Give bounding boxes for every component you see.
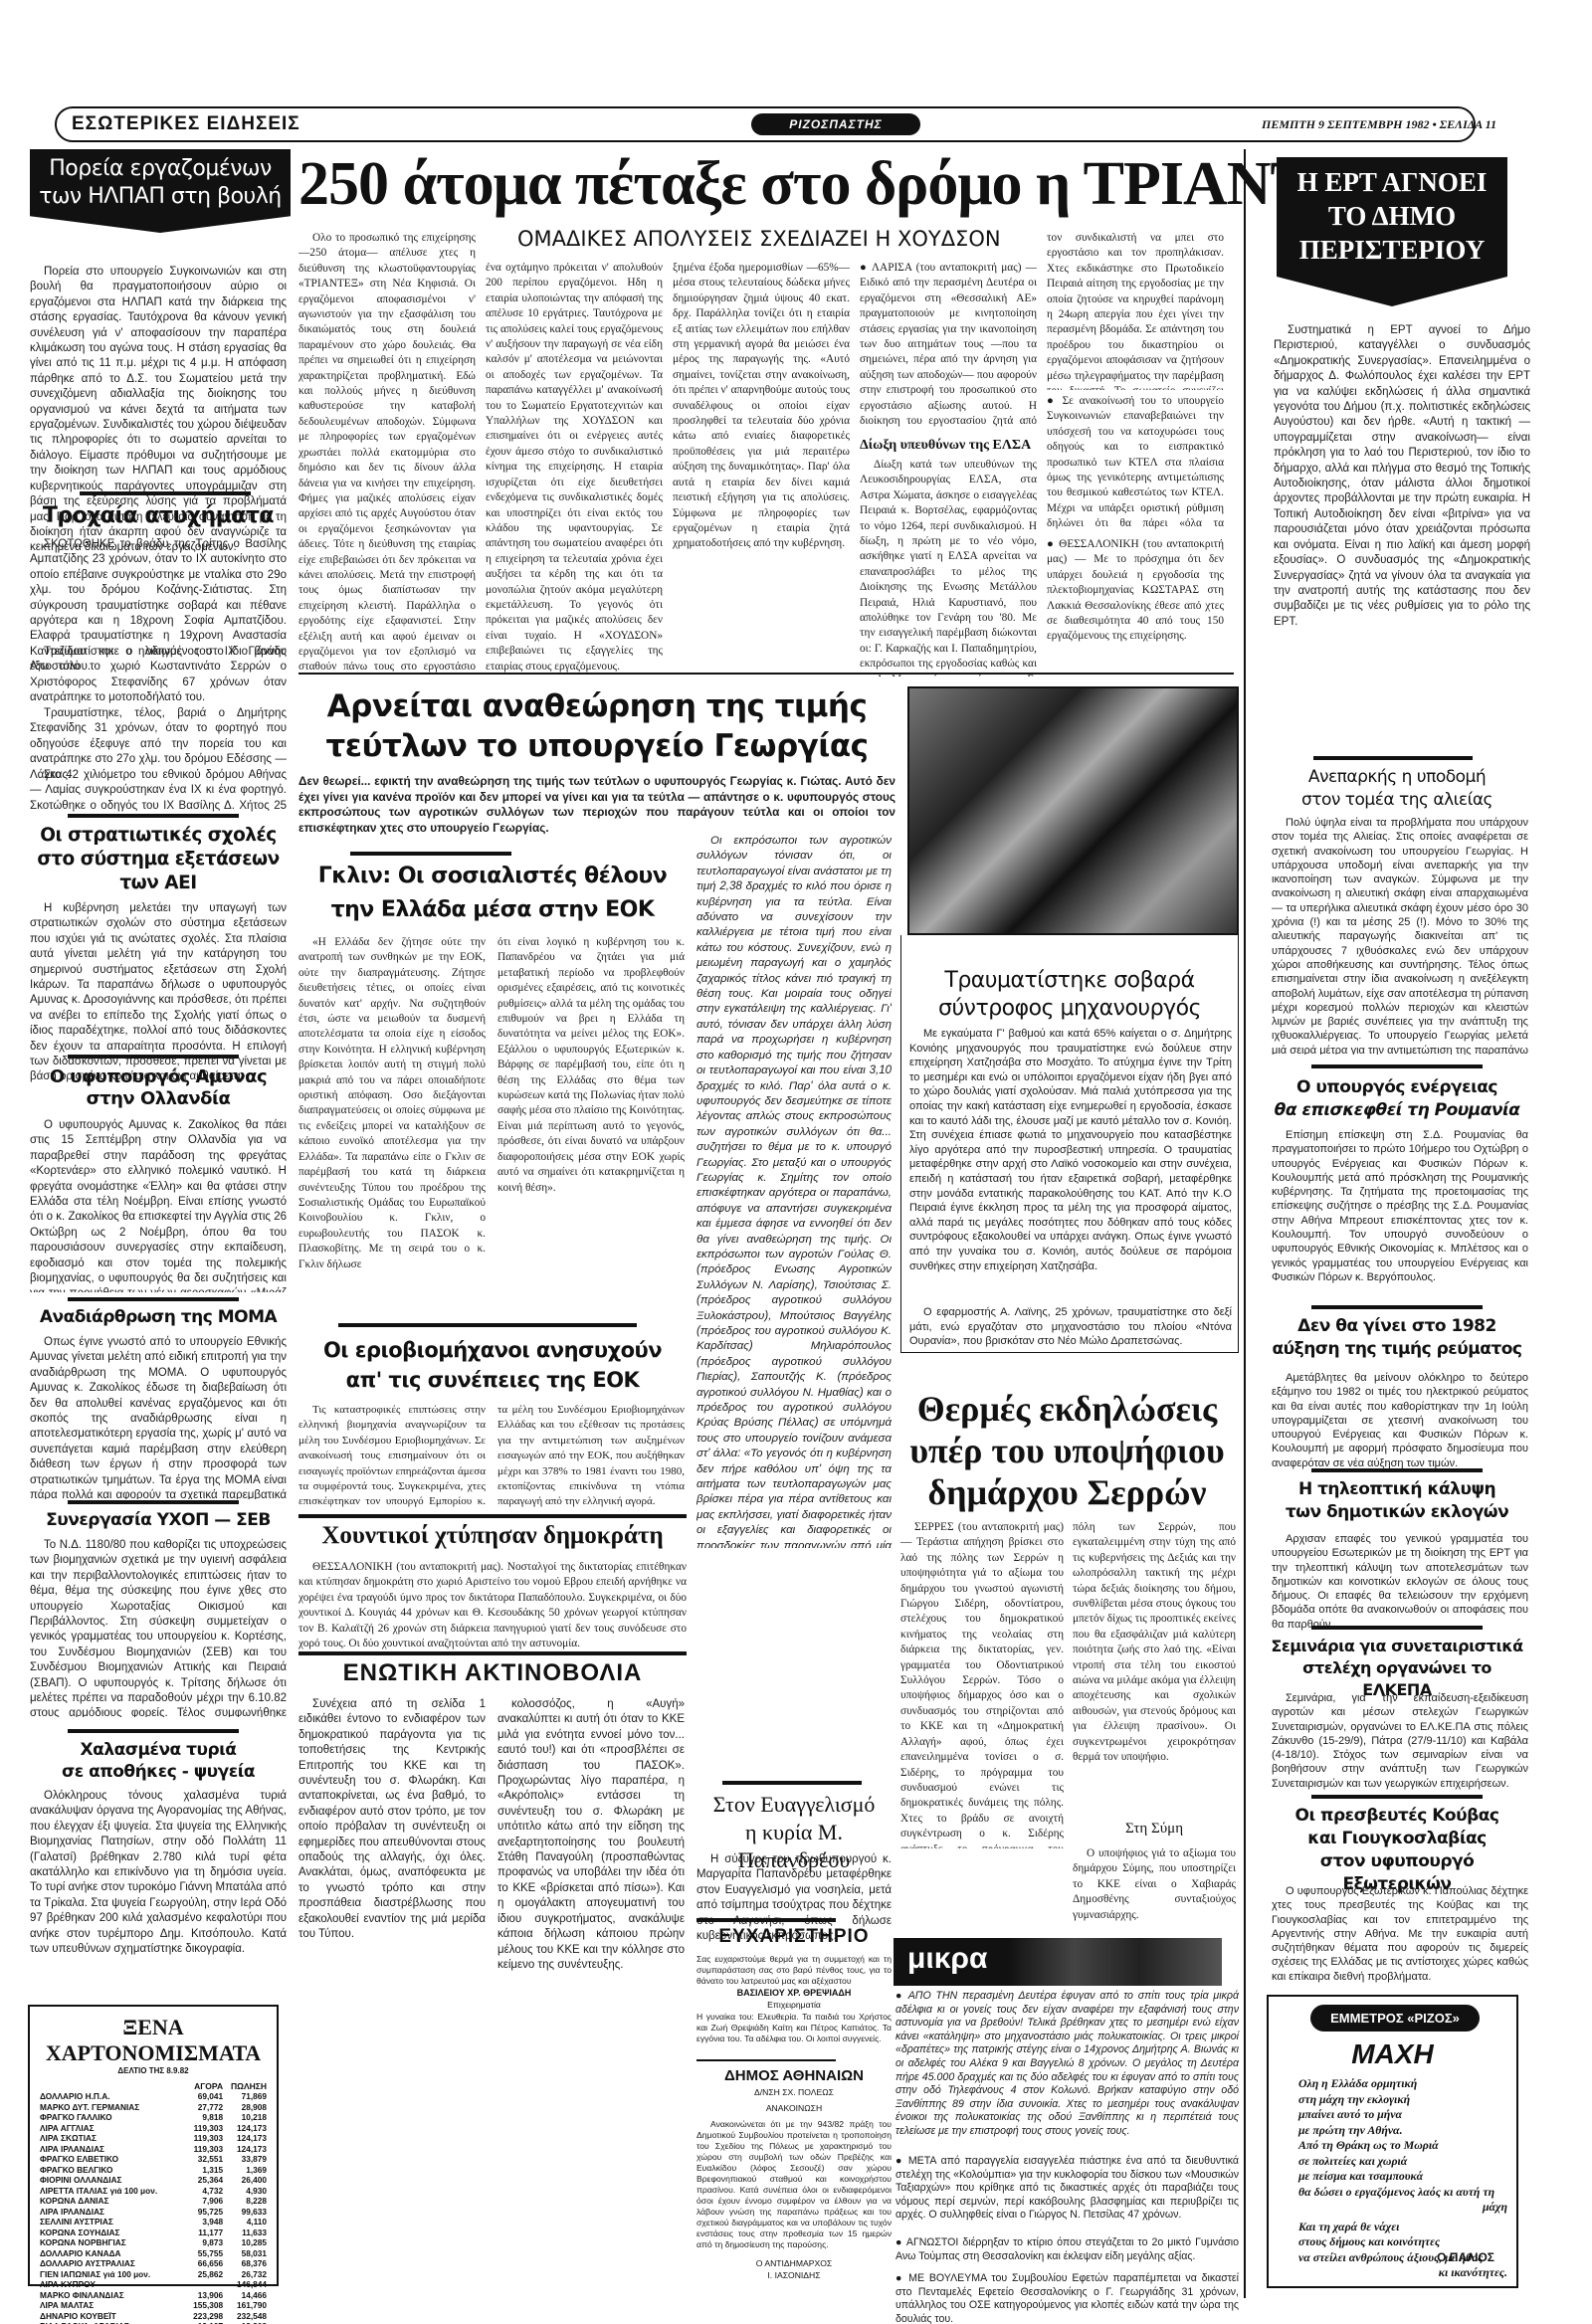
fisheries-headline: Ανεπαρκής η υποδομή στον τομέα της αλιεί… [1269, 766, 1525, 812]
yxop-seb-headline: Συνεργασία ΥΧΟΠ — ΣΕΒ [30, 1510, 287, 1530]
defense-holland-body: Ο υφυπουργός Αμυνας κ. Ζακολίκος θα πάει… [30, 1118, 287, 1292]
lead-col-1: Ολο το προσωπικό της επιχείρησης —250 άτ… [298, 231, 476, 677]
currency-row: ΜΑΡΚΟ ΔΥΤ. ΓΕΡΜΑΝΙΑΣ27,77228,908 [40, 2102, 267, 2113]
elkepa-body: Σεμινάρια, για την εκπαίδευση-εξειδίκευσ… [1272, 1691, 1528, 1791]
currency-row: ΦΙΟΡΙΝΙ ΟΛΛΑΝΔΙΑΣ25,36426,400 [40, 2175, 267, 2186]
currency-title: ΞΕΝΑ ΧΑΡΤΟΝΟΜΙΣΜΑΤΑ [40, 2015, 267, 2066]
currency-buy [183, 2279, 223, 2290]
currency-buy: 4,732 [183, 2186, 223, 2197]
tv-elections-body: Αρχισαν επαφές του γενικού γραμματέα του… [1272, 1532, 1528, 1632]
currency-row: ΦΡΑΓΚΟ ΒΕΛΓΙΚΟ1,3151,369 [40, 2165, 267, 2176]
ert-headline-box: Η ΕΡΤ ΑΓΝΟΕΙ ΤΟ ΔΗΜΟ ΠΕΡΙΣΤΕΡΙΟΥ [1277, 157, 1507, 306]
divider [298, 1651, 687, 1655]
divider [722, 1781, 862, 1785]
currency-sell: 68,376 [223, 2258, 267, 2269]
hapap-headline-2: των ΗΛΠΑΠ στη βουλή [30, 183, 291, 211]
headline-line: Ο υφυπουργός Αμυνας [30, 1066, 287, 1088]
currency-row: ΚΟΡΩΝΑ ΝΟΡΒΗΓΙΑΣ9,87310,285 [40, 2237, 267, 2248]
poem-title: ΜΑΧΗ [1269, 2038, 1516, 2070]
serres-col-1: ΣΕΡΡΕΣ (του ανταποκριτή μας) — Τεράστια … [900, 1520, 1064, 1848]
currency-name: ΚΟΡΩΝΑ ΝΟΡΒΗΓΙΑΣ [40, 2237, 183, 2248]
currency-row: ΣΕΛΛΙΝΙ ΑΥΣΤΡΙΑΣ3,9484,110 [40, 2217, 267, 2227]
poem-line: Ολη η Ελλάδα ορμητική [1298, 2076, 1507, 2092]
headline-line: Τραυματίστηκε σοβαρά [905, 967, 1234, 995]
poem-line: μάχη [1298, 2200, 1507, 2216]
headline-line: στον τομέα της αλιείας [1269, 789, 1525, 812]
industrialists-col-1: Τις καταστροφικές επιπτώσεις στην ελληνι… [298, 1403, 486, 1512]
divider [80, 491, 251, 495]
currency-table: ΑΓΟΡΑ ΠΩΛΗΣΗ ΔΟΛΛΑΡΙΟ Η.Π.Α.69,04171,869… [40, 2081, 267, 2324]
currency-name: ΓΙΕΝ ΙΑΠΩΝΙΑΣ γιά 100 μον. [40, 2269, 183, 2280]
athens-notice-sig-title: Ο ΑΝΤΙΔΗΜΑΡΧΟΣ [696, 2258, 892, 2268]
fisheries-body: Πολύ ύψηλα είναι τα προβλήματα που υπάρχ… [1272, 816, 1528, 1055]
lead-col-3: ξημένα έξοδα ημερομισθίων —65%— μέσα στο… [673, 261, 850, 677]
beets-body: Οι εκπρόσωποι των αγροτικών συλλόγων τόν… [696, 834, 892, 1548]
headline-line: Ανεπαρκής η υποδομή [1269, 766, 1525, 789]
col-sell: ΠΩΛΗΣΗ [223, 2081, 267, 2091]
headline-line: σύντροφος μηχανουργός [905, 995, 1234, 1023]
serres-col-2: πόλη των Σερρών, που εγκαταλειμμένη στην… [1073, 1520, 1236, 1784]
ambassadors-body: Ο υφυπουργός Εξωτερικών κ. Παπούλιας δέχ… [1272, 1884, 1528, 1984]
currency-name: ΛΙΡΕΤΤΑ ΙΤΑΛΙΑΣ γιά 100 μον. [40, 2186, 183, 2197]
divider [68, 1297, 239, 1301]
junta-body: ΘΕΣΣΑΛΟΝΙΚΗ (του ανταποκριτή μας). Νοστα… [298, 1560, 687, 1651]
currency-sell: 14,466 [223, 2290, 267, 2301]
defense-holland-headline: Ο υφυπουργός Αμυνας στην Ολλανδία [30, 1066, 287, 1110]
currency-row: ΛΙΡΑ ΚΥΠΡΟΥ146,844 [40, 2279, 267, 2290]
mechanic-body: Με εγκαύματα Γ' βαθμού και κατά 65% καίγ… [909, 1027, 1232, 1300]
industrialists-headline: Οι εριοβιομήχανοι ανησυχούν απ' τις συνέ… [298, 1335, 687, 1395]
hapap-headline-box: Πορεία εργαζομένων των ΗΛΠΑΠ στη βουλή [30, 149, 291, 233]
currency-sell: 124,173 [223, 2133, 267, 2144]
divider [1311, 1626, 1483, 1630]
mikra-banner: μικρα [894, 1938, 1222, 1986]
currency-row: ΔΟΛΛΑΡΙΟ ΚΑΝΑΔΑ55,75558,031 [40, 2248, 267, 2259]
currency-buy: 1,315 [183, 2165, 223, 2176]
thanks-headline: ΕΥΧΑΡΙΣΤΗΡΙΟ [696, 1926, 892, 1948]
currency-name: ΛΙΡΑ ΙΡΛΑΝΔΙΑΣ [40, 2144, 183, 2155]
divider [1311, 1065, 1483, 1068]
currency-row: ΔΗΝΑΡΙΟ ΚΟΥΒΕΪΤ223,298232,548 [40, 2311, 267, 2322]
currency-sell: 28,908 [223, 2102, 267, 2113]
poem-line: στους δήμους και κοινότητες [1298, 2234, 1507, 2250]
thanks-body: Σας ευχαριστούμε θερμά για τη συμμετοχή … [696, 1954, 892, 1987]
poem-line: Και τη χαρά θε νάχει [1298, 2220, 1507, 2235]
mikra-item-4: ΜΕ ΒΟΥΛΕΥΜΑ του Συμβουλίου Εφετών παραπέ… [895, 2272, 1239, 2324]
athens-notice-sig-name: Ι. ΙΑΣΟΝΙΔΗΣ [696, 2270, 892, 2280]
currency-sell: 26,400 [223, 2175, 267, 2186]
headline-line: Στον Ευαγγελισμό [696, 1791, 892, 1819]
symi-body: Ο υποψήφιος γιά το αξίωμα του δημάρχου Σ… [1073, 1846, 1236, 1923]
photo-mechanic [907, 686, 1239, 935]
paper-name-badge: ΡΙΖΟΣΠΑΣΤΗΣ [751, 113, 920, 135]
serres-headline: Θερμές εκδηλώσεις υπέρ του υποψήφιου δημ… [895, 1388, 1239, 1513]
ert-headline-3: ΠΕΡΙΣΤΕΡΙΟΥ [1277, 233, 1507, 267]
currency-row: ΔΟΛΛΑΡΙΟ Η.Π.Α.69,04171,869 [40, 2091, 267, 2102]
headline-line: Ο υπουργός ενέργειας [1269, 1076, 1525, 1099]
military-schools-headline: Οι στρατιωτικές σχολές στο σύστημα εξετά… [30, 824, 287, 895]
thanks-role: Επιχειρηματία [696, 2000, 892, 2010]
headline-line: δημάρχου Σερρών [895, 1471, 1239, 1513]
currency-row: ΛΙΡΑ ΣΚΩΤΙΑΣ119,303124,173 [40, 2133, 267, 2144]
headline-line: Αρνείται αναθεώρηση της τιμής [298, 686, 895, 726]
section-label: ΕΣΩΤΕΡΙΚΕΣ ΕΙΔΗΣΕΙΣ [72, 113, 300, 135]
currency-name: ΦΡΑΓΚΟ ΕΛΒΕΤΙΚΟ [40, 2154, 183, 2165]
currency-sell: 58,031 [223, 2248, 267, 2259]
currency-buy: 32,551 [183, 2154, 223, 2165]
currency-sell: 146,844 [223, 2279, 267, 2290]
col-name [40, 2081, 183, 2091]
headline-line: και Γιουγκοσλαβίας [1269, 1828, 1525, 1850]
glin-col-1: «Η Ελλάδα δεν ζήτησε ούτε την ανατροπή τ… [298, 935, 486, 1329]
headline-line: των ΑΕΙ [30, 871, 287, 895]
currency-name: ΚΟΡΩΝΑ ΔΑΝΙΑΣ [40, 2196, 183, 2207]
currency-buy: 155,308 [183, 2300, 223, 2311]
currency-name: ΦΙΟΡΙΝΙ ΟΛΛΑΝΔΙΑΣ [40, 2175, 183, 2186]
currency-sell: 71,869 [223, 2091, 267, 2102]
athens-notice-body: Ανακοινώνεται ότι με την 943/82 πράξη το… [696, 2119, 892, 2250]
cheese-headline: Χαλασμένα τυριά σε αποθήκες - ψυγεία [30, 1739, 287, 1783]
currency-buy: 7,906 [183, 2196, 223, 2207]
beets-headline: Αρνείται αναθεώρηση της τιμής τεύτλων το… [298, 686, 895, 766]
headline-line: των δημοτικών εκλογών [1269, 1501, 1525, 1524]
hapap-headline-1: Πορεία εργαζομένων [30, 155, 291, 183]
headline-line: αύξηση της τιμής ρεύματος [1269, 1338, 1525, 1361]
currency-sell: 8,228 [223, 2196, 267, 2207]
currency-name: ΛΙΡΑ ΚΥΠΡΟΥ [40, 2279, 183, 2290]
cheese-body: Ολόκληρους τόνους χαλασμένα τυριά ανακάλ… [30, 1789, 287, 1957]
currency-buy: 9,818 [183, 2112, 223, 2123]
mikra-item-2: ΜΕΤΑ από παραγγελία εισαγγελέα πιάστηκε … [895, 2155, 1239, 2223]
currency-buy: 27,772 [183, 2102, 223, 2113]
energy-romania-headline: Ο υπουργός ενέργειας θα επισκεφθεί τη Ρο… [1269, 1076, 1525, 1122]
currency-subtitle: ΔΕΛΤΙΟ ΤΗΣ 8.9.82 [40, 2066, 267, 2075]
currency-sell: 10,218 [223, 2112, 267, 2123]
currency-name: ΦΡΑΓΚΟ ΒΕΛΓΙΚΟ [40, 2165, 183, 2176]
dateline: ΠΕΜΠΤΗ 9 ΣΕΠΤΕΜΒΡΗ 1982 • ΣΕΛΙΔΑ 11 [1262, 117, 1496, 132]
lead-col-5: τον συνδικαλιστή να μπει στο εργοστάσιο … [1047, 231, 1224, 390]
divider [68, 1729, 239, 1733]
currency-name: ΛΙΡΑ ΑΓΓΛΙΑΣ [40, 2123, 183, 2134]
currency-buy: 119,303 [183, 2144, 223, 2155]
industrialists-col-2: τα μέλη του Συνδέσμου Εριοβιομηχάνων Ελλ… [497, 1403, 685, 1512]
currency-row: ΛΙΡΑ ΜΑΛΤΑΣ155,308161,790 [40, 2300, 267, 2311]
headline-line: στην Ολλανδία [30, 1088, 287, 1110]
currency-row: ΚΟΡΩΝΑ ΣΟΥΗΔΙΑΣ11,17711,633 [40, 2227, 267, 2238]
currency-sell: 99,633 [223, 2207, 267, 2218]
currency-sell: 4,110 [223, 2217, 267, 2227]
currency-buy: 9,873 [183, 2237, 223, 2248]
currency-sell: 4,930 [223, 2186, 267, 2197]
currency-name: ΦΡΑΓΚΟ ΓΑΛΛΙΚΟ [40, 2112, 183, 2123]
mikra-item-3: ΑΓΝΩΣΤΟΙ διέρρηξαν το κτίριο όπου στεγάζ… [895, 2236, 1239, 2263]
headline-line: Οι εριοβιομήχανοι ανησυχούν [298, 1335, 687, 1365]
currency-buy: 119,303 [183, 2123, 223, 2134]
headline-line: απ' τις συνέπειες της ΕΟΚ [298, 1365, 687, 1395]
currency-name: ΔΟΛΛΑΡΙΟ Η.Π.Α. [40, 2091, 183, 2102]
headline-line: θα επισκεφθεί τη Ρουμανία [1269, 1099, 1525, 1122]
currency-name: ΣΕΛΛΙΝΙ ΑΥΣΤΡΙΑΣ [40, 2217, 183, 2227]
currency-sell: 161,790 [223, 2300, 267, 2311]
poem-line: σε πολιτείες και χωριά [1298, 2154, 1507, 2170]
lead-col-2: ένα οχτάμηνο πρόκειται ν' απολυθούν 200 … [486, 261, 663, 677]
currency-sell: 33,879 [223, 2154, 267, 2165]
currency-buy: 223,298 [183, 2311, 223, 2322]
currency-buy: 13,906 [183, 2290, 223, 2301]
poem-box: ΕΜΜΕΤΡΟΣ «ΡΙΖΟΣ» ΜΑΧΗ Ολη η Ελλάδα ορμητ… [1267, 1995, 1518, 2288]
currency-buy: 66,656 [183, 2258, 223, 2269]
thanks-family: Η γυναίκα του: Ελευθερία. Τα παιδιά του … [696, 2012, 892, 2044]
glin-col-2: ότι είναι λογικό η κυβέρνηση του κ. Παπα… [497, 935, 685, 1329]
electricity-body: Αμετάβλητες θα μείνουν ολόκληρο το δεύτε… [1272, 1371, 1528, 1470]
thanks-name: ΒΑΣΙΛΕΙΟΥ ΧΡ. ΘΡΕΨΙΑΔΗ [696, 1988, 892, 1998]
currency-buy: 55,755 [183, 2248, 223, 2259]
currency-row: ΛΙΡΑ ΙΡΛΑΝΔΙΑΣ95,72599,633 [40, 2207, 267, 2218]
headline-line: Θερμές εκδηλώσεις [895, 1388, 1239, 1430]
tv-elections-headline: Η τηλεοπτική κάλυψη των δημοτικών εκλογώ… [1269, 1478, 1525, 1524]
divider [1311, 1305, 1483, 1309]
traffic-headline: Τροχαία ατυχήματα [30, 503, 287, 528]
headline-line: σε αποθήκες - ψυγεία [30, 1761, 287, 1783]
traffic-body-4: Στο 42 χιλιόμετρο του εθνικού δρόμου Αθή… [30, 768, 287, 812]
poem-line: μπαίνει αυτό το μήνα [1298, 2107, 1507, 2123]
ert-headline-1: Η ΕΡΤ ΑΓΝΟΕΙ [1277, 165, 1507, 199]
mikra-item-1: ΑΠΟ ΤΗΝ περασμένη Δευτέρα έφυγαν από το … [895, 1990, 1239, 2139]
headline-line: Δεν θα γίνει στο 1982 [1269, 1315, 1525, 1338]
divider [338, 1323, 637, 1327]
headline-line: Οι πρεσβευτές Κούβας [1269, 1805, 1525, 1828]
currency-row: ΛΙΡΕΤΤΑ ΙΤΑΛΙΑΣ γιά 100 μον.4,7324,930 [40, 2186, 267, 2197]
ert-body: Συστηματικά η ΕΡΤ αγνοεί το Δήμο Περιστε… [1274, 323, 1530, 746]
headline-line: την Ελλάδα μέσα στην ΕΟΚ [298, 893, 687, 927]
thessaloniki-item: ΘΕΣΣΑΛΟΝΙΚΗ (του ανταποκριτή μας) — Με τ… [1047, 537, 1224, 657]
ert-headline-2: ΤΟ ΔΗΜΟ [1277, 199, 1507, 233]
currency-buy: 11,177 [183, 2227, 223, 2238]
column-divider [1244, 149, 1246, 2298]
divider [696, 1918, 836, 1922]
poem-line: με πρώτη την Αθήνα. [1298, 2123, 1507, 2139]
poem-line: θα δώσει ο εργαζόμενος λαός κι αυτή τη [1298, 2185, 1507, 2201]
headline-line: Χαλασμένα τυριά [30, 1739, 287, 1761]
currency-name: ΛΙΡΑ ΜΑΛΤΑΣ [40, 2300, 183, 2311]
currency-buy: 69,041 [183, 2091, 223, 2102]
currency-name: ΔΟΛΛΑΡΙΟ ΑΥΣΤΡΑΛΙΑΣ [40, 2258, 183, 2269]
col-buy: ΑΓΟΡΑ [183, 2081, 223, 2091]
currency-sell: 1,369 [223, 2165, 267, 2176]
yxop-seb-body: Το Ν.Δ. 1180/80 που καθορίζει τις υποχρε… [30, 1538, 287, 1717]
currency-sell: 124,173 [223, 2144, 267, 2155]
currency-name: ΔΗΝΑΡΙΟ ΚΟΥΒΕΪΤ [40, 2311, 183, 2322]
divider [1311, 1795, 1483, 1799]
headline-line: υπέρ του υποψήφιου [895, 1430, 1239, 1471]
lead-headline: 250 άτομα πέταξε στο δρόμο η ΤΡΙΑΝΤΕΞ [298, 149, 1234, 219]
currency-table-box: ΞΕΝΑ ΧΑΡΤΟΝΟΜΙΣΜΑΤΑ ΔΕΛΤΙΟ ΤΗΣ 8.9.82 ΑΓ… [28, 2005, 279, 2286]
elsa-body: Δίωξη κατά των υπευθύνων της Λευκοσιδηρο… [860, 458, 1037, 677]
poem-signature: Ο ΠΑΛΙΟΣ [1437, 2250, 1494, 2264]
moma-headline: Αναδιάρθρωση της ΜΟΜΑ [30, 1307, 287, 1327]
beets-lead: Δεν θεωρεί... εφικτή την αναθεώρηση της … [298, 774, 895, 836]
moma-body: Οπως έγινε γνωστό από το υπουργείο Εθνικ… [30, 1335, 287, 1499]
divider [1313, 756, 1473, 760]
currency-row: ΓΙΕΝ ΙΑΠΩΝΙΑΣ γιά 100 μον.25,86226,732 [40, 2269, 267, 2280]
currency-row: ΦΡΑΓΚΟ ΓΑΛΛΙΚΟ9,81810,218 [40, 2112, 267, 2123]
currency-row: ΚΟΡΩΝΑ ΔΑΝΙΑΣ7,9068,228 [40, 2196, 267, 2207]
junta-headline: Χουντικοί χτύπησαν δημοκράτη [298, 1522, 687, 1550]
electricity-headline: Δεν θα γίνει στο 1982 αύξηση της τιμής ρ… [1269, 1315, 1525, 1361]
currency-sell: 11,633 [223, 2227, 267, 2238]
divider [68, 814, 239, 818]
divider [298, 1514, 687, 1518]
poem-line: στη μάχη την εκλογική [1298, 2092, 1507, 2108]
divider [350, 852, 511, 856]
currency-rows: ΔΟΛΛΑΡΙΟ Η.Π.Α.69,04171,869ΜΑΡΚΟ ΔΥΤ. ΓΕ… [40, 2091, 267, 2324]
currency-name: ΛΙΡΑ ΣΚΩΤΙΑΣ [40, 2133, 183, 2144]
currency-buy: 95,725 [183, 2207, 223, 2218]
glin-headline: Γκλιν: Οι σοσιαλιστές θέλουν την Ελλάδα … [298, 860, 687, 927]
headline-line: στο σύστημα εξετάσεων [30, 848, 287, 871]
poem-line: Από τη Θράκη ως το Μωριά [1298, 2138, 1507, 2154]
headline-line: Σεμινάρια για συνεταιριστικά [1269, 1636, 1525, 1657]
mechanic-headline: Τραυματίστηκε σοβαρά σύντροφος μηχανουργ… [905, 967, 1234, 1023]
poem-line: κι ικανότητες. [1298, 2265, 1507, 2281]
currency-name: ΚΟΡΩΝΑ ΣΟΥΗΔΙΑΣ [40, 2227, 183, 2238]
traffic-body-2: Τραυματίστηκε ο ηλικιωμένος στο ίδιο βρά… [30, 645, 287, 706]
headline-line: τεύτλων το υπουργείο Γεωργίας [298, 726, 895, 766]
currency-buy: 119,303 [183, 2133, 223, 2144]
lead-col-4: ΛΑΡΙΣΑ (του ανταποκριτή μας) — Ειδικό απ… [860, 261, 1037, 430]
currency-buy: 3,948 [183, 2217, 223, 2227]
currency-name: ΜΑΡΚΟ ΔΥΤ. ΓΕΡΜΑΝΙΑΣ [40, 2102, 183, 2113]
currency-sell: 10,285 [223, 2237, 267, 2248]
mikra-label: μικρα [907, 1942, 987, 1976]
headline-line: Η τηλεοπτική κάλυψη [1269, 1478, 1525, 1501]
ambassadors-headline: Οι πρεσβευτές Κούβας και Γιουγκοσλαβίας … [1269, 1805, 1525, 1896]
poem-line: με πείσμα και τσαμπουκά [1298, 2169, 1507, 2185]
energy-romania-body: Επίσημη επίσκεψη στη Σ.Δ. Ρουμανίας θα π… [1272, 1128, 1528, 1307]
mechanic-footer: Ο εφαρμοστής Α. Λαϊνης, 25 χρόνων, τραυμ… [909, 1305, 1232, 1349]
ktel-item: Σε ανακοίνωσή του το υπουργείο Συγκοινων… [1047, 394, 1224, 533]
athens-notice-type: ΑΝΑΚΟΙΝΩΣΗ [696, 2103, 892, 2113]
elsa-headline: Δίωξη υπευθύνων της ΕΛΣΑ [860, 438, 1037, 454]
currency-sell: 124,173 [223, 2123, 267, 2134]
divider [696, 2059, 836, 2061]
currency-row: ΜΑΡΚΟ ΦΙΝΛΑΝΔΙΑΣ13,90614,466 [40, 2290, 267, 2301]
currency-name: ΔΟΛΛΑΡΙΟ ΚΑΝΑΔΑ [40, 2248, 183, 2259]
symi-headline: Στη Σύμη [1073, 1821, 1236, 1838]
currency-buy: 25,862 [183, 2269, 223, 2280]
poem-label: ΕΜΜΕΤΡΟΣ «ΡΙΖΟΣ» [1310, 2005, 1480, 2032]
currency-row: ΛΙΡΑ ΙΡΛΑΝΔΙΑΣ119,303124,173 [40, 2144, 267, 2155]
athens-notice-headline: ΔΗΜΟΣ ΑΘΗΝΑΙΩΝ [696, 2067, 892, 2084]
radiation-col-2: κολοσσόζος, η «Αυγή» ανακαλύπτει κι αυτή… [497, 1697, 685, 2314]
divider [68, 1500, 239, 1504]
divider [68, 1055, 239, 1059]
headline-line: Οι στρατιωτικές σχολές [30, 824, 287, 848]
currency-row: ΦΡΑΓΚΟ ΕΛΒΕΤΙΚΟ32,55133,879 [40, 2154, 267, 2165]
lead-subhead: ΟΜΑΔΙΚΕΣ ΑΠΟΛΥΣΕΙΣ ΣΧΕΔΙΑΖΕΙ Η ΧΟΥΔΣΟΝ [517, 227, 975, 251]
divider [298, 673, 1234, 675]
currency-row: ΛΙΡΑ ΑΓΓΛΙΑΣ119,303124,173 [40, 2123, 267, 2134]
currency-row: ΔΟΛΛΑΡΙΟ ΑΥΣΤΡΑΛΙΑΣ66,65668,376 [40, 2258, 267, 2269]
currency-name: ΜΑΡΚΟ ΦΙΝΛΑΝΔΙΑΣ [40, 2290, 183, 2301]
currency-sell: 232,548 [223, 2311, 267, 2322]
radiation-col-1: Συνέχεια από τη σελίδα 1 ειδικάθει έντον… [298, 1697, 486, 2314]
currency-name: ΛΙΡΑ ΙΡΛΑΝΔΙΑΣ [40, 2207, 183, 2218]
headline-line: Γκλιν: Οι σοσιαλιστές θέλουν [298, 860, 687, 893]
currency-buy: 25,364 [183, 2175, 223, 2186]
radiation-headline: ΕΝΩΤΙΚΗ ΑΚΤΙΝΟΒΟΛΙΑ [298, 1659, 687, 1687]
athens-notice-dept: Δ/ΝΣΗ ΣΧ. ΠΟΛΕΩΣ [696, 2087, 892, 2097]
currency-sell: 26,732 [223, 2269, 267, 2280]
divider [1311, 1468, 1483, 1472]
